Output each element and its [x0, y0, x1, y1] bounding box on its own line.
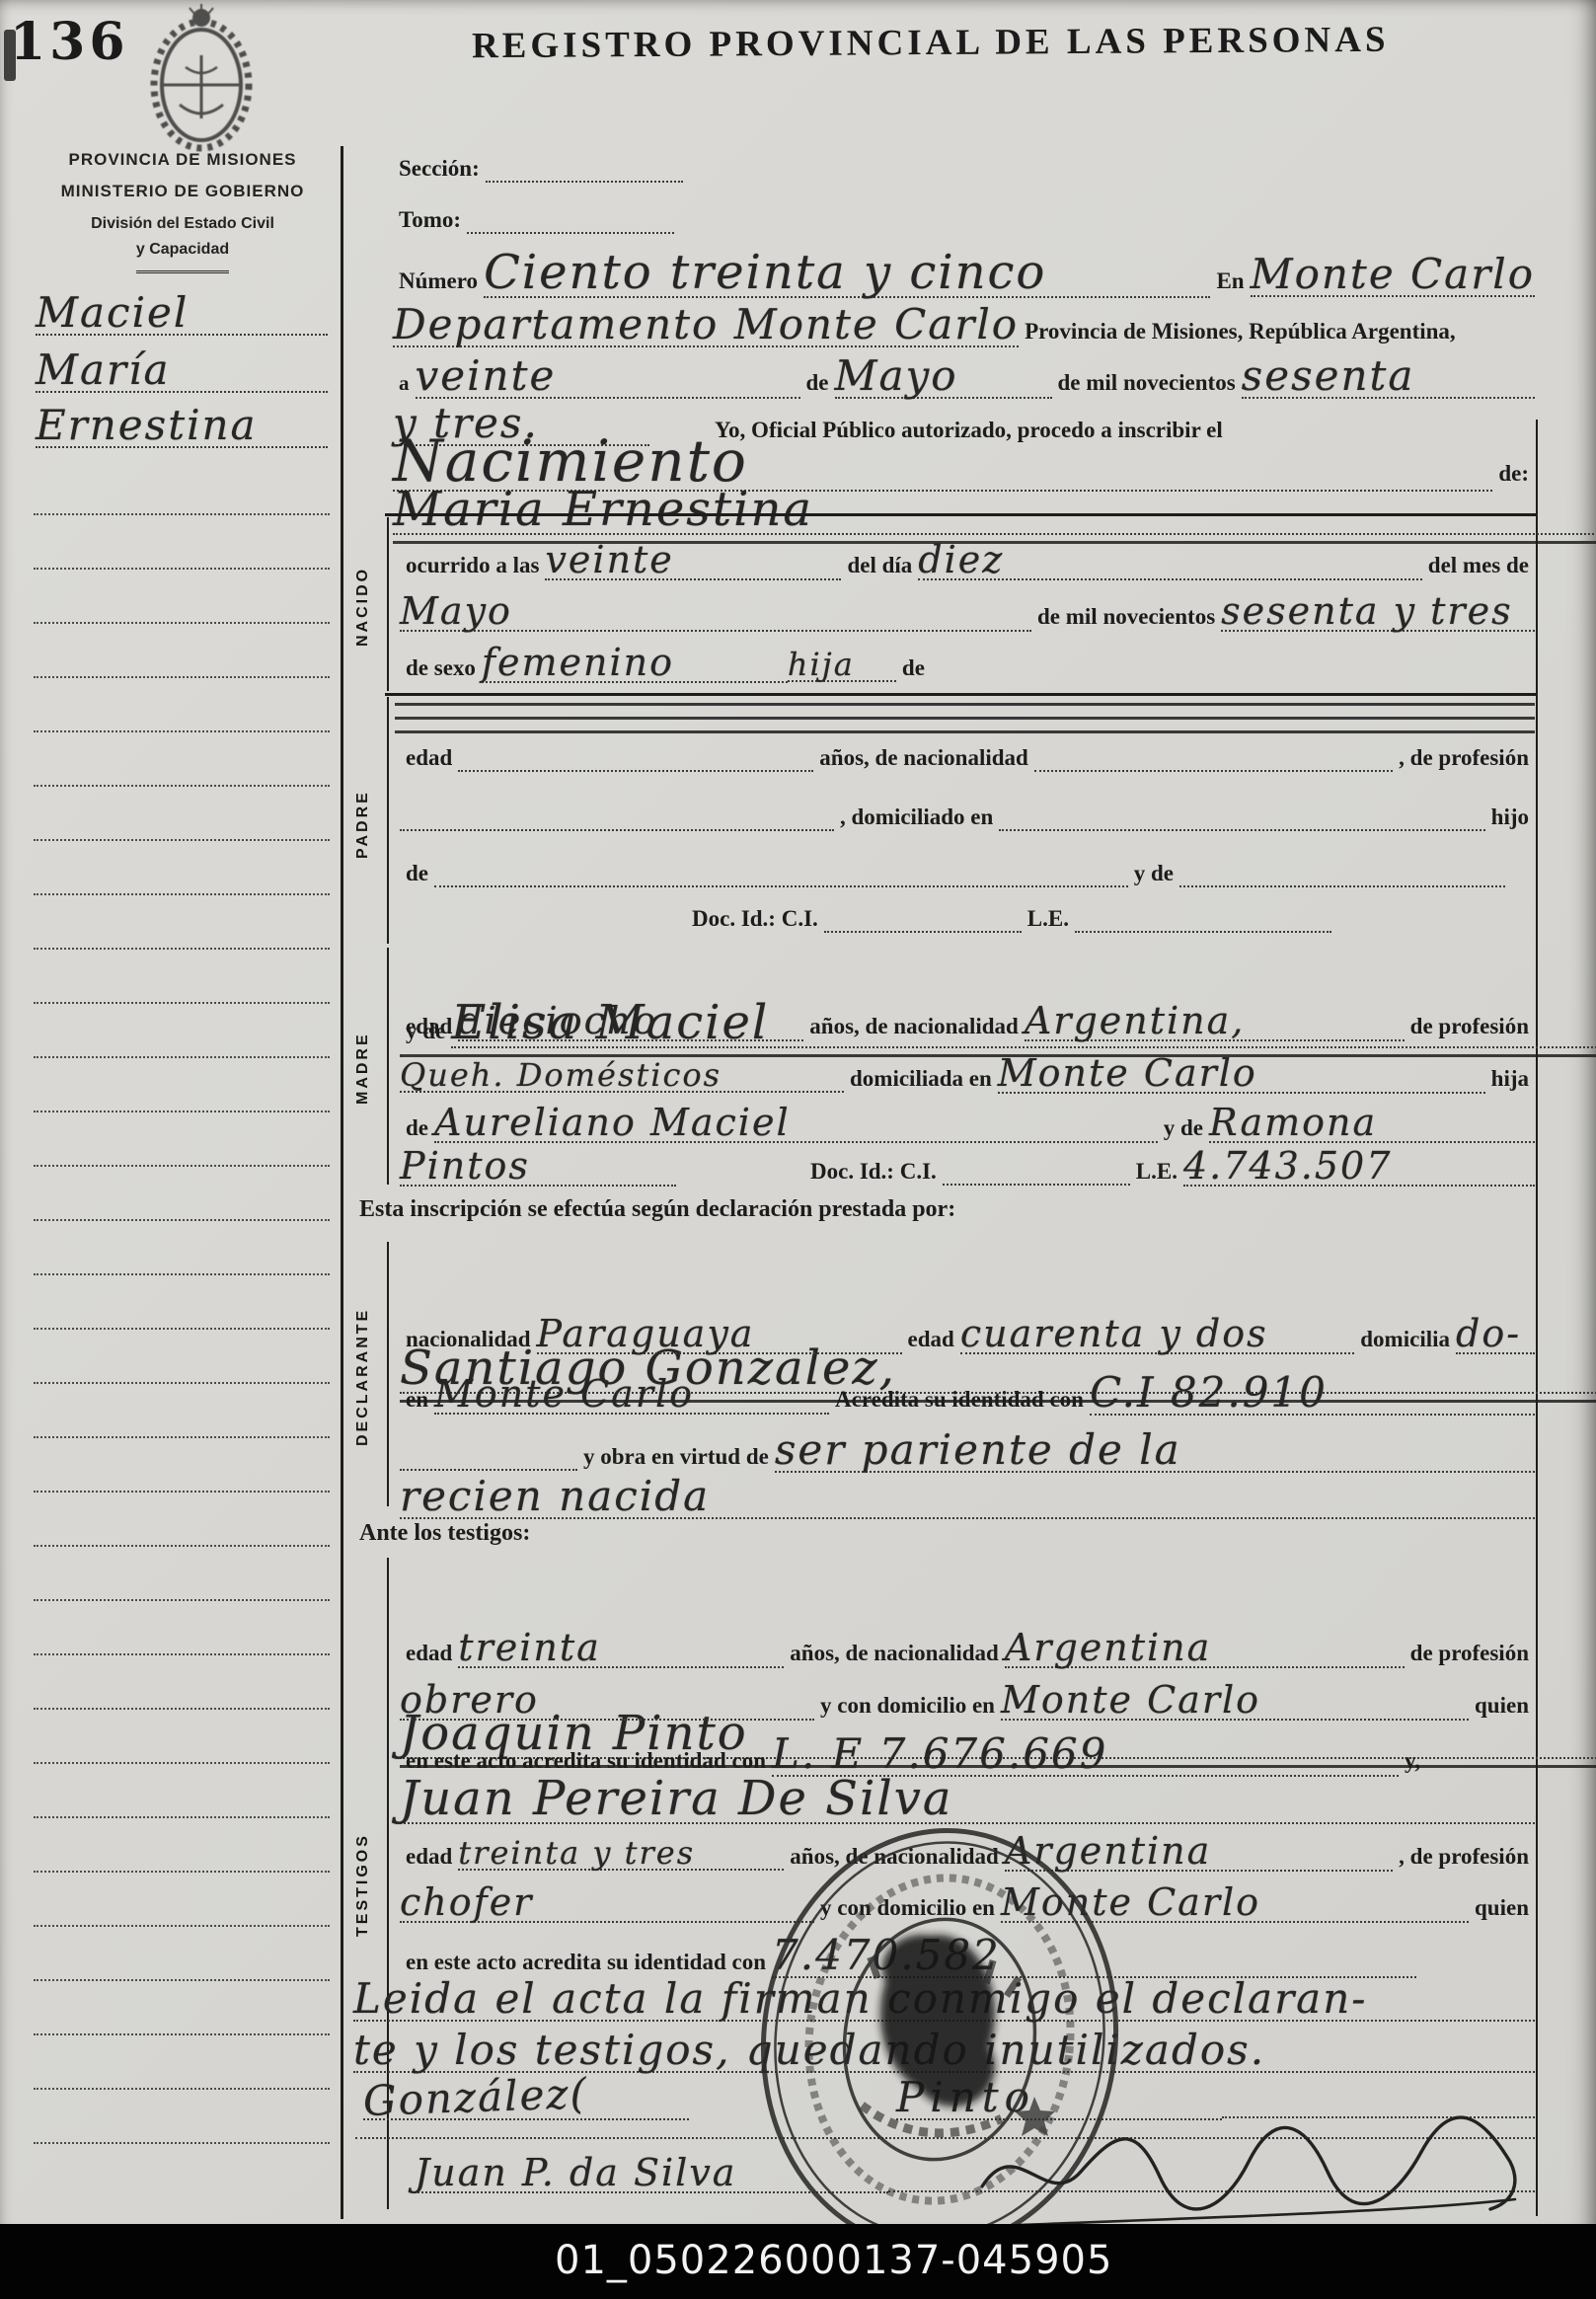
margin-ruled-line — [34, 1111, 330, 1112]
padre-de-label: de — [400, 861, 434, 886]
madre-line5: Pintos Doc. Id.: C.I. L.E. 4.743.507 — [400, 1147, 1535, 1187]
madre-doc-label: Doc. Id.: C.I. — [804, 1159, 943, 1185]
testigo2-nombre-row: Juan Pereira De Silva — [400, 1775, 1535, 1824]
numero-row: Número Ciento treinta y cinco En Monte C… — [393, 249, 1535, 298]
nacido-line3: de sexo femenino hija de — [400, 644, 1535, 683]
decl-domicilia-hw: do- — [1456, 1315, 1521, 1352]
margin-ruled-line — [34, 513, 330, 515]
seccion-label: Sección: — [393, 156, 486, 182]
sidebar-org-line4: y Capacidad — [39, 241, 326, 259]
decl-domicilio: Monte Carlo — [434, 1375, 694, 1413]
t1-documento: L. E 7.676.669 — [772, 1733, 1107, 1775]
margin-ruled-line — [34, 893, 330, 895]
t2-acredita-label: en este acto acredita su identidad con — [400, 1950, 772, 1975]
nacido-rule — [387, 517, 389, 691]
madre-yde2-label: y de — [1158, 1115, 1209, 1141]
declarante-line5: recien nacida — [400, 1476, 1535, 1519]
year-value: sesenta — [1242, 355, 1415, 397]
testigo2-nombre: Juan Pereira De Silva — [400, 1775, 952, 1822]
margin-ruled-line — [34, 1816, 330, 1818]
birth-year: sesenta y tres — [1221, 592, 1512, 630]
t2-edad-label: edad — [400, 1844, 458, 1870]
margin-ruled-lines — [34, 513, 330, 2196]
declarante-line4: y obra en virtud de ser pariente de la — [400, 1429, 1535, 1473]
padre-top-rule — [385, 693, 1537, 696]
margin-ruled-line — [34, 622, 330, 624]
padre-dom-label: , domiciliado en — [834, 805, 999, 830]
main-divider-rule — [341, 146, 343, 2219]
declarante-line3: en Monte Carlo Acredita su identidad con… — [400, 1372, 1535, 1416]
margin-ruled-line — [34, 839, 330, 841]
t1-quien-label: quien — [1469, 1693, 1535, 1719]
decl-domicilia-label: domicilia — [1354, 1327, 1456, 1352]
official-signature-flourish — [977, 2093, 1540, 2241]
tomo-row: Tomo: — [393, 207, 1535, 234]
abuela-materna: Ramona — [1209, 1104, 1377, 1141]
decl-edad: cuarenta y dos — [960, 1315, 1268, 1352]
madre-prof-label: de profesión — [1405, 1014, 1535, 1039]
departamento-row: Departamento Monte Carlo Provincia de Mi… — [393, 304, 1535, 347]
numero-label: Número — [393, 268, 484, 294]
ante-testigos-line: Ante los testigos: — [353, 1520, 536, 1547]
t1-edad: treinta — [458, 1629, 600, 1666]
birth-certificate-page: 136 REGISTRO PROVINCIAL DE LAS PERSONAS … — [0, 0, 1596, 2299]
seccion-row: Sección: — [393, 156, 1535, 183]
page-title: REGISTRO PROVINCIAL DE LAS PERSONAS — [472, 19, 1390, 67]
madre-ci-blank — [943, 1166, 1130, 1186]
padre-yde-label: y de — [1128, 861, 1179, 886]
padre-ci-blank — [824, 913, 1022, 933]
day-value: veinte — [416, 355, 557, 397]
padre-prof-blank — [400, 811, 834, 831]
margin-ruled-line — [34, 1382, 330, 1384]
decl-virtud-label: y obra en virtud de — [577, 1444, 775, 1470]
abuela-materna2: Pintos — [400, 1147, 530, 1185]
t1-domicilio: Monte Carlo — [1001, 1681, 1260, 1719]
tomo-label: Tomo: — [393, 207, 467, 233]
sidebar-rule — [136, 270, 229, 273]
decl-virtud2: recien nacida — [400, 1476, 710, 1517]
padre-rule — [387, 697, 389, 944]
margin-ruled-line — [34, 1925, 330, 1927]
decl-virtud: ser pariente de la — [775, 1429, 1181, 1471]
padre-abuela-blank — [1179, 868, 1505, 887]
millar-label: de mil novecientos — [1052, 370, 1242, 396]
madre-line4: de Aureliano Maciel y de Ramona — [400, 1104, 1535, 1143]
scan-edge-mark — [4, 30, 16, 81]
inscripcion-line: Esta inscripción se efectúa según declar… — [353, 1196, 961, 1223]
tomo-blank — [467, 214, 674, 234]
firma-testigo2: Juan P. da Silva — [415, 2154, 736, 2191]
sidebar-org-line2: MINISTERIO DE GOBIERNO — [39, 182, 326, 201]
nacido-line1: ocurrido a las veinte del día diez del m… — [400, 541, 1535, 580]
margin-ruled-line — [34, 948, 330, 950]
month-value: Mayo — [835, 355, 958, 397]
decl-blank — [400, 1451, 577, 1471]
registered-given1: María — [36, 349, 328, 393]
margin-ruled-line — [34, 1056, 330, 1058]
del-dia-label: del día — [841, 553, 918, 578]
t1-edad-label: edad — [400, 1641, 458, 1666]
margin-ruled-line — [34, 1653, 330, 1655]
testigo1-line3: obrero y con domicilio en Monte Carlo qu… — [400, 1681, 1535, 1721]
padre-prof-label: , de profesión — [1393, 745, 1535, 771]
en-label: En — [1210, 268, 1250, 294]
margin-ruled-line — [34, 1545, 330, 1547]
margin-ruled-line — [34, 1762, 330, 1764]
madre-edad: dieciocho — [458, 1002, 657, 1039]
sexo-value: femenino — [482, 644, 674, 681]
birth-day: diez — [918, 541, 1004, 578]
inscribed-name: Maria Ernestina — [393, 486, 813, 533]
margin-ruled-line — [34, 1273, 330, 1275]
birth-hour: veinte — [545, 541, 673, 578]
padre-dom-blank — [999, 811, 1484, 831]
padre-line3: de y de — [400, 861, 1535, 887]
madre-de-label: de — [400, 1115, 434, 1141]
nacido-line2: Mayo de mil novecientos sesenta y tres — [400, 592, 1535, 632]
padre-nac-label: años, de nacionalidad — [813, 745, 1034, 771]
right-border-rule — [1536, 420, 1538, 2216]
madre-nacionalidad: Argentina, — [1025, 1002, 1246, 1039]
scan-footer-code: 01_050226000137-045905 — [555, 2238, 1112, 2283]
margin-ruled-line — [34, 1979, 330, 1981]
margin-ruled-line — [34, 2088, 330, 2090]
firma-declarante: González( — [362, 2073, 588, 2122]
abuelo-materno: Aureliano Maciel — [434, 1104, 791, 1141]
madre-hija-label: hija — [1485, 1066, 1535, 1092]
madre-rule — [387, 948, 389, 1185]
padre-le-label: L.E. — [1022, 906, 1075, 932]
nacido-millar-label: de mil novecientos — [1031, 604, 1221, 630]
a-label: a — [393, 371, 416, 396]
padre-doc-label: Doc. Id.: C.I. — [686, 906, 824, 932]
margin-ruled-line — [34, 1219, 330, 1221]
madre-line3: Queh. Domésticos domiciliada en Monte Ca… — [400, 1054, 1535, 1094]
birth-month: Mayo — [400, 592, 512, 630]
registered-given2: Ernestina — [36, 405, 328, 448]
nacido-section-label: NACIDO — [345, 521, 381, 691]
t1-y-label: y, — [1399, 1748, 1426, 1774]
t1-nac-label: años, de nacionalidad — [784, 1641, 1005, 1666]
seccion-blank — [486, 163, 683, 183]
declarante-line2: nacionalidad Paraguaya edad cuarenta y d… — [400, 1315, 1535, 1354]
padre-le-blank — [1075, 913, 1331, 933]
en-value: Monte Carlo — [1251, 254, 1535, 295]
padre-line4: Doc. Id.: C.I. L.E. — [400, 906, 1535, 933]
t1-profesion: obrero — [400, 1681, 539, 1719]
madre-line2: edad dieciocho años, de nacionalidad Arg… — [400, 1002, 1535, 1041]
margin-ruled-line — [34, 730, 330, 732]
margin-ruled-line — [34, 2142, 330, 2144]
decl-edad-label: edad — [902, 1327, 960, 1352]
sexo-label: de sexo — [400, 655, 482, 681]
t1-prof-label: de profesión — [1405, 1641, 1535, 1666]
madre-domicilio: Monte Carlo — [998, 1054, 1257, 1092]
margin-ruled-line — [34, 1328, 330, 1330]
margin-ruled-line — [34, 1002, 330, 1004]
de-suffix: de: — [1492, 461, 1535, 487]
margin-ruled-line — [34, 1599, 330, 1601]
decl-en-label: en — [400, 1387, 434, 1413]
padre-abuelo-blank — [434, 868, 1128, 887]
margin-ruled-line — [34, 676, 330, 678]
padre-line2: , domiciliado en hijo — [400, 805, 1535, 831]
padre-nac-blank — [1034, 752, 1393, 772]
decl-acredita-label: Acredita su identidad con — [829, 1387, 1090, 1413]
padre-edad-label: edad — [400, 745, 458, 771]
madre-dom-label: domiciliada en — [844, 1066, 998, 1092]
t2-quien-label: quien — [1469, 1895, 1535, 1921]
inscribed-name-row: Maria Ernestina — [393, 486, 1596, 535]
ocurrido-label: ocurrido a las — [400, 553, 545, 578]
de-label: de — [800, 370, 835, 396]
madre-edad-label: edad — [400, 1014, 458, 1039]
sidebar-org-line3: División del Estado Civil — [39, 215, 326, 233]
padre-hijo-label: hijo — [1485, 805, 1535, 830]
margin-ruled-line — [34, 1708, 330, 1710]
t2-profesion: chofer — [400, 1883, 533, 1921]
coat-of-arms-icon — [140, 2, 264, 158]
padre-section-label: PADRE — [345, 701, 381, 948]
padre-line1: edad años, de nacionalidad , de profesió… — [400, 745, 1535, 772]
decl-documento: C.I 82.910 — [1090, 1372, 1328, 1414]
testigo1-line2: edad treinta años, de nacionalidad Argen… — [400, 1629, 1535, 1668]
madre-profesion: Queh. Domésticos — [400, 1059, 722, 1091]
madre-section-label: MADRE — [345, 953, 381, 1185]
madre-le-label: L.E. — [1130, 1159, 1183, 1185]
scan-footer-bar: 01_050226000137-045905 — [0, 2224, 1596, 2299]
decl-nacionalidad: Paraguaya — [537, 1315, 755, 1352]
t2-prof-label: , de profesión — [1393, 1844, 1535, 1870]
padre-edad-blank — [458, 752, 813, 772]
declarante-rule — [387, 1242, 389, 1506]
hija-label: hija — [788, 649, 855, 680]
fecha-row: a veinte de Mayo de mil novecientos sese… — [393, 355, 1535, 399]
madre-nac-label: años, de nacionalidad — [803, 1014, 1025, 1039]
margin-ruled-line — [34, 1871, 330, 1873]
margin-ruled-line — [34, 1491, 330, 1493]
t2-edad: treinta y tres — [458, 1837, 695, 1869]
departamento-value: Departamento Monte Carlo — [393, 304, 1019, 345]
madre-le-value: 4.743.507 — [1183, 1147, 1392, 1185]
del-mes-label: del mes de — [1422, 553, 1535, 578]
margin-ruled-line — [34, 1436, 330, 1438]
margin-ruled-line — [34, 1165, 330, 1167]
declarante-section-label: DECLARANTE — [345, 1246, 381, 1507]
t1-nacionalidad: Argentina — [1005, 1629, 1211, 1666]
nacido-de-label: de — [896, 655, 931, 681]
margin-ruled-line — [34, 785, 330, 787]
provincia-text: Provincia de Misiones, República Argenti… — [1019, 319, 1462, 345]
nacido-top-rule — [385, 513, 1537, 516]
padre-name-struck-out — [395, 703, 1535, 744]
margin-ruled-line — [34, 568, 330, 570]
registered-surname: Maciel — [36, 292, 328, 336]
t1-dom-label: y con domicilio en — [814, 1693, 1001, 1719]
decl-nac-label: nacionalidad — [400, 1327, 537, 1352]
folio-number: 136 — [10, 12, 129, 72]
sidebar-org-line1: PROVINCIA DE MISIONES — [39, 150, 326, 170]
margin-ruled-line — [34, 2033, 330, 2035]
numero-value: Ciento treinta y cinco — [484, 249, 1046, 296]
